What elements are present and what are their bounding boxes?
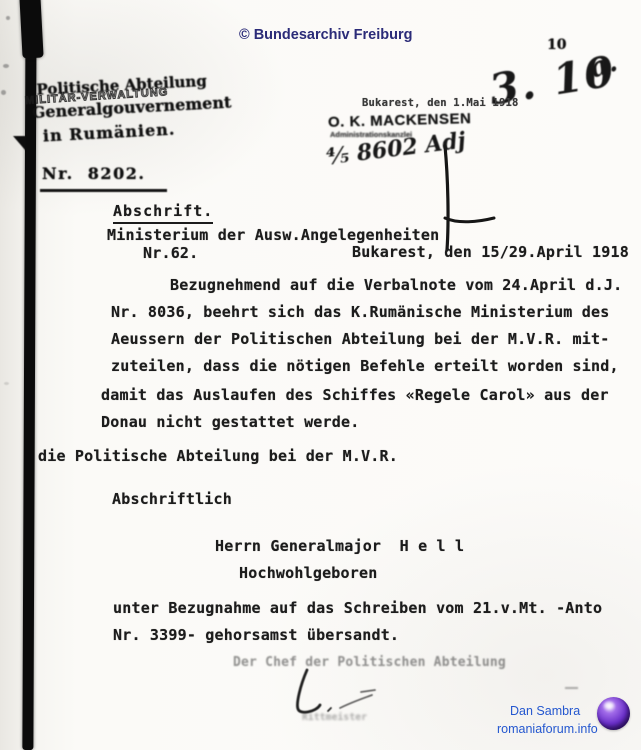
typed-dateline-top: Bukarest, den 1.Mai 1918 (362, 98, 519, 109)
binding-bar-top-blob (19, 0, 43, 59)
letterhead-line3: in Rumänien. (43, 122, 176, 145)
body-line: damit das Auslaufen des Schiffes «Regele… (101, 388, 609, 403)
letterhead: Politische Abteilung MILITÄR-VERWALTUNG … (26, 71, 230, 161)
pen-stroke-mark (430, 140, 505, 260)
signature-rank: Rittmeister (302, 713, 367, 723)
body-line: Nr. 8036, beehrt sich das K.Rumänische M… (111, 305, 609, 320)
mackensen-stamp-line1: O. K. MACKENSEN (328, 111, 472, 130)
closing-line: unter Bezugnahme auf das Schreiben vom 2… (113, 601, 602, 616)
stray-pen-dash (565, 687, 578, 689)
recipient-name: Herrn Generalmajor H e l l (215, 539, 464, 554)
forum-watermark-site: romaniaforum.info (497, 723, 598, 736)
recipient-honorific: Hochwohlgeboren (239, 566, 377, 581)
body-line: Donau nicht gestattet werde. (101, 415, 359, 430)
body-line: Aeussern der Politischen Abteilung bei d… (111, 332, 609, 347)
copy-note: Abschriftlich (112, 492, 232, 507)
letterhead-ref-number: Nr. 8202. (42, 166, 145, 182)
signature-mark (262, 662, 432, 717)
sender-line: Ministerium der Ausw.Angelegenheiten (107, 228, 439, 243)
ref-underline (40, 189, 167, 192)
ref-number-line: Nr.62. (143, 246, 198, 261)
addressee-line: die Politische Abteilung bei der M.V.R. (38, 449, 398, 464)
document-scan: © Bundesarchiv Freiburg 10 3. 10 a. Buka… (0, 0, 641, 750)
printed-page-number: 10 (547, 38, 566, 52)
forum-watermark-name: Dan Sambra (510, 705, 580, 718)
archive-watermark: © Bundesarchiv Freiburg (239, 27, 412, 43)
closing-line: Nr. 3399- gehorsamst übersandt. (113, 628, 399, 643)
copy-heading: Abschrift. (113, 204, 213, 224)
ref-dateline: Bukarest, den 15/29.April 1918 (352, 245, 629, 260)
forum-sphere-icon (597, 697, 630, 730)
binding-bar-notch (13, 136, 26, 151)
body-line: Bezugnehmend auf die Verbalnote vom 24.A… (170, 278, 622, 293)
body-line: zuteilen, dass die nötigen Befehle ertei… (111, 359, 619, 374)
